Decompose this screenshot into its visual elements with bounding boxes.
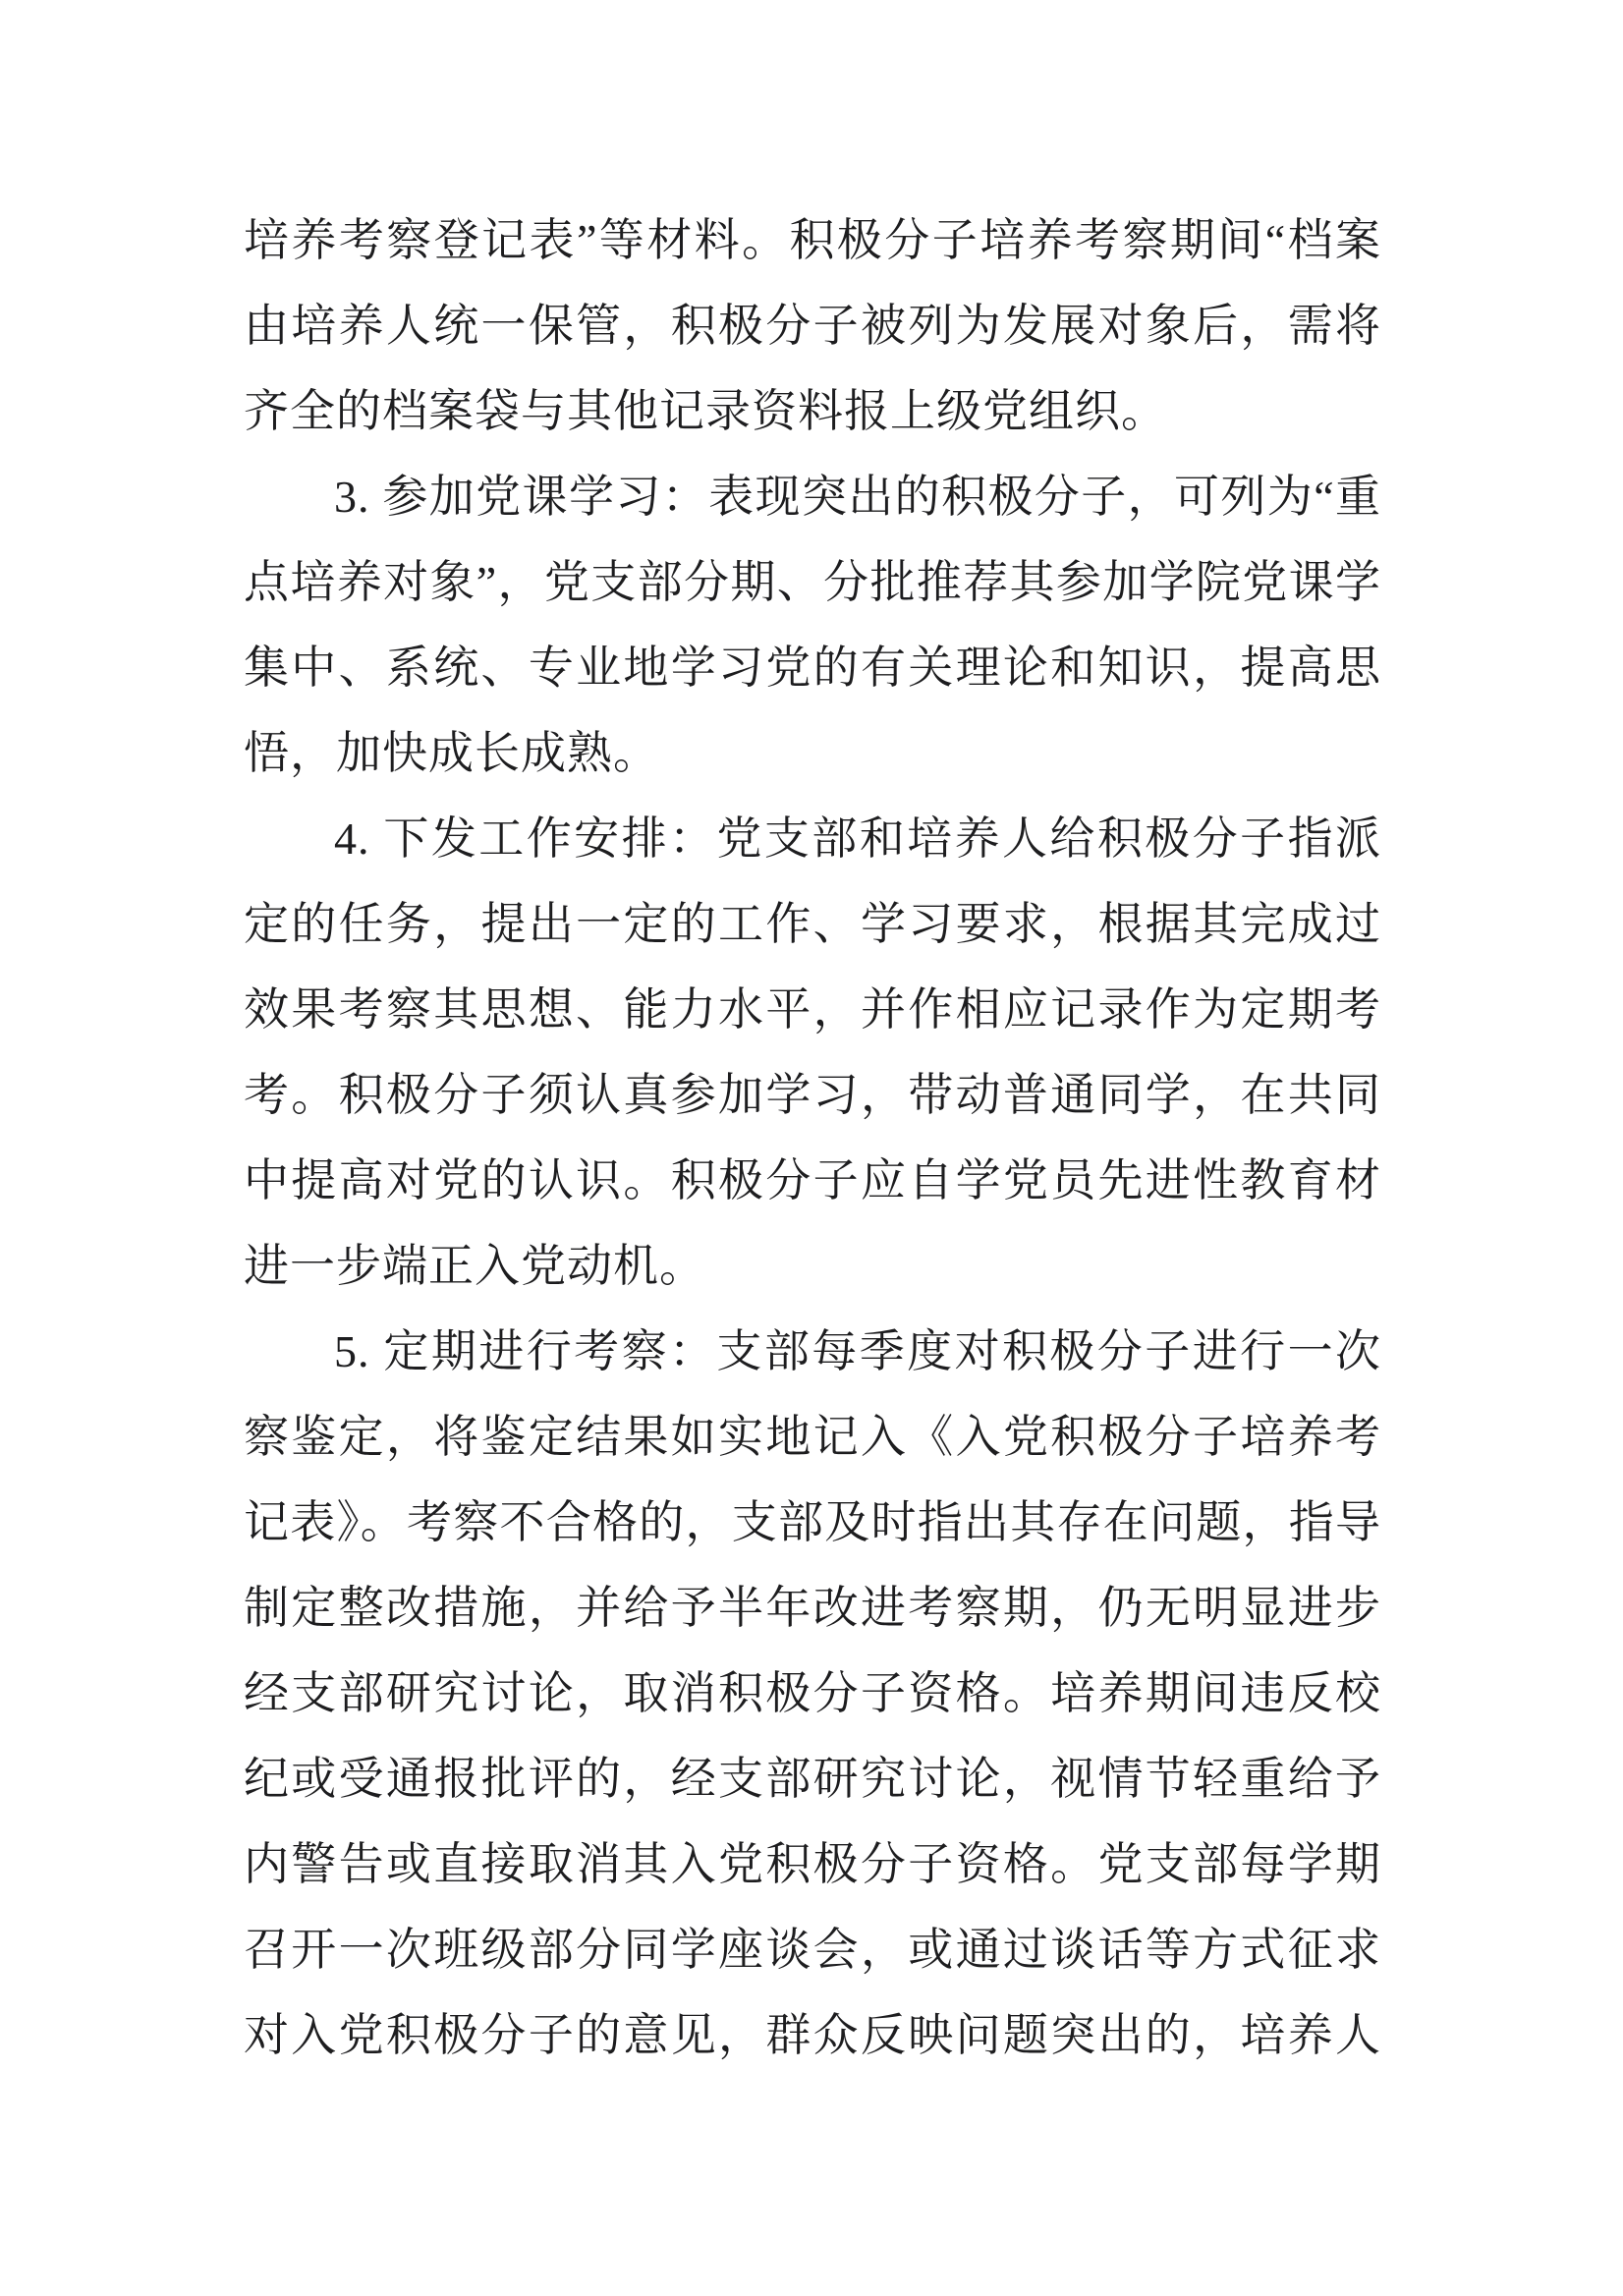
text-line: 内警告或直接取消其入党积极分子资格。党支部每学期至少	[244, 1821, 1381, 1907]
text-line: 察鉴定，将鉴定结果如实地记入《入党积极分子培养考察登	[244, 1394, 1381, 1480]
text-line: 中提高对党的认识。积极分子应自学党员先进性教育材料，	[244, 1138, 1381, 1223]
text-line: 集中、系统、专业地学习党的有关理论和知识，提高思想觉	[244, 625, 1381, 710]
text-line: 记表》。考察不合格的，支部及时指出其存在问题，指导其	[244, 1480, 1381, 1565]
text-line: 由培养人统一保管，积极分子被列为发展对象后，需将整理	[244, 283, 1381, 368]
text-line: 制定整改措施，并给予半年改进考察期，仍无明显进步的，	[244, 1565, 1381, 1651]
text-line: 培养考察登记表”等材料。积极分子培养考察期间“档案袋”	[244, 197, 1381, 283]
text-line: 召开一次班级部分同学座谈会，或通过谈话等方式征求群众	[244, 1907, 1381, 1992]
text-line: 经支部研究讨论，取消积极分子资格。培养期间违反校规校	[244, 1651, 1381, 1736]
text-line: 进一步端正入党动机。	[244, 1223, 1381, 1309]
text-line: 5. 定期进行考察：支部每季度对积极分子进行一次考	[244, 1309, 1381, 1394]
document-page: 培养考察登记表”等材料。积极分子培养考察期间“档案袋”由培养人统一保管，积极分子…	[0, 0, 1623, 2296]
text-line: 4. 下发工作安排：党支部和培养人给积极分子指派一	[244, 796, 1381, 881]
text-line: 对入党积极分子的意见，群众反映问题突出的，培养人应立	[244, 1992, 1381, 2078]
text-line: 效果考察其思想、能力水平，并作相应记录作为定期考察参	[244, 967, 1381, 1052]
document-body: 培养考察登记表”等材料。积极分子培养考察期间“档案袋”由培养人统一保管，积极分子…	[244, 197, 1381, 2078]
text-line: 悟，加快成长成熟。	[244, 710, 1381, 796]
text-line: 齐全的档案袋与其他记录资料报上级党组织。	[244, 368, 1381, 454]
text-line: 纪或受通报批评的，经支部研究讨论，视情节轻重给予支部	[244, 1736, 1381, 1821]
text-line: 考。积极分子须认真参加学习，带动普通同学，在共同学习	[244, 1052, 1381, 1138]
text-line: 定的任务，提出一定的工作、学习要求，根据其完成过程和	[244, 881, 1381, 967]
text-line: 3. 参加党课学习：表现突出的积极分子，可列为“重	[244, 454, 1381, 539]
text-line: 点培养对象”，党支部分期、分批推荐其参加学院党课学习，	[244, 539, 1381, 625]
